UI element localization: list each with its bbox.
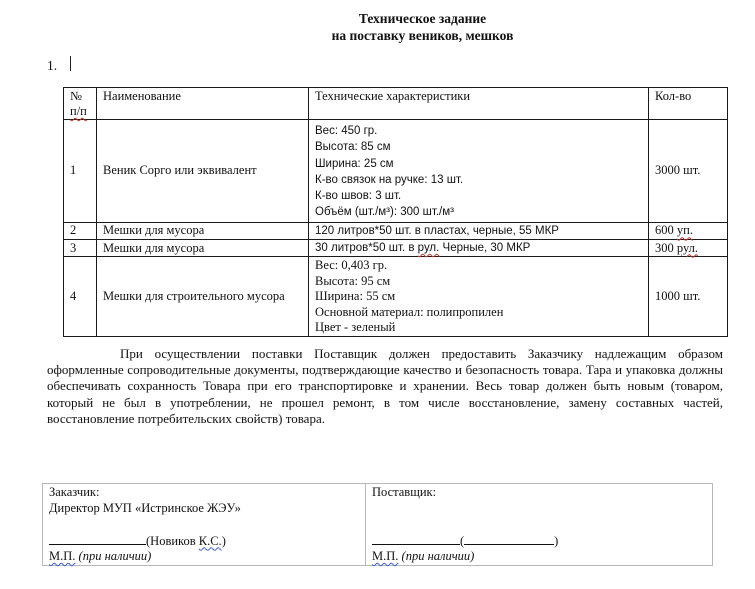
delivery-conditions-paragraph: При осуществлении поставки Поставщик дол… bbox=[47, 346, 723, 427]
customer-label: Заказчик: bbox=[49, 485, 360, 501]
document-title: Техническое задание на поставку веников,… bbox=[0, 10, 755, 44]
header-specs: Технические характеристики bbox=[309, 88, 649, 120]
spec-line: Цвет - зеленый bbox=[315, 320, 642, 335]
header-num: № п/п bbox=[64, 88, 97, 120]
row-specs: 30 литров*50 шт. в рул. Черные, 30 МКР bbox=[309, 240, 649, 257]
row-num: 4 bbox=[64, 257, 97, 337]
row-qty: 600 уп. bbox=[649, 222, 728, 239]
row-num: 2 bbox=[64, 222, 97, 239]
table-row: 4 Мешки для строительного мусора Вес: 0,… bbox=[64, 257, 728, 337]
stamp-label: М.П. bbox=[49, 549, 75, 563]
supplier-signature-block: Поставщик: () М.П. (при наличии) bbox=[366, 484, 713, 566]
row-qty: 300 рул. bbox=[649, 240, 728, 257]
spec-text-flagged: рул. bbox=[418, 242, 440, 254]
specification-table: № п/п Наименование Технические характери… bbox=[63, 87, 728, 337]
stamp-note: (при наличии) bbox=[402, 549, 475, 563]
customer-name-suffix: ) bbox=[222, 534, 226, 548]
supplier-label: Поставщик: bbox=[372, 485, 707, 501]
spec-text-after: Черные, 30 МКР bbox=[439, 242, 530, 254]
spec-line: Высота: 85 см bbox=[315, 139, 642, 155]
spec-line: Объём (шт./м³): 300 шт./м³ bbox=[315, 204, 642, 220]
table-row: 2 Мешки для мусора 120 литров*50 шт. в п… bbox=[64, 222, 728, 239]
row-num: 3 bbox=[64, 240, 97, 257]
stamp-label: М.П. bbox=[372, 549, 398, 563]
spec-line: Высота: 95 см bbox=[315, 274, 642, 289]
signature-table: Заказчик: Директор МУП «Истринское ЖЭУ» … bbox=[42, 483, 713, 566]
qty-unit: уп. bbox=[677, 223, 693, 237]
qty-number: 600 bbox=[655, 223, 674, 237]
row-name: Веник Сорго или эквивалент bbox=[97, 120, 309, 223]
row-name: Мешки для мусора bbox=[97, 222, 309, 239]
customer-signature-line: (Новиков К.С.) bbox=[49, 532, 360, 550]
customer-signature-block: Заказчик: Директор МУП «Истринское ЖЭУ» … bbox=[43, 484, 366, 566]
supplier-stamp: М.П. (при наличии) bbox=[372, 549, 707, 565]
spec-text-before: 30 литров*50 шт. в bbox=[315, 242, 418, 254]
customer-initials: К.С. bbox=[199, 534, 222, 548]
header-qty: Кол-во bbox=[649, 88, 728, 120]
table-row: 1 Веник Сорго или эквивалент Вес: 450 гр… bbox=[64, 120, 728, 223]
table-header-row: № п/п Наименование Технические характери… bbox=[64, 88, 728, 120]
table-row: 3 Мешки для мусора 30 литров*50 шт. в ру… bbox=[64, 240, 728, 257]
close-paren: ) bbox=[554, 534, 558, 548]
customer-stamp: М.П. (при наличии) bbox=[49, 549, 360, 565]
spec-line: К-во связок на ручке: 13 шт. bbox=[315, 172, 642, 188]
text-cursor bbox=[70, 56, 71, 71]
row-name: Мешки для мусора bbox=[97, 240, 309, 257]
customer-name-prefix: (Новиков bbox=[146, 534, 199, 548]
spacer bbox=[372, 501, 707, 532]
spacer bbox=[49, 516, 360, 532]
signature-blank[interactable] bbox=[49, 532, 146, 545]
spec-line: К-во швов: 3 шт. bbox=[315, 188, 642, 204]
header-num-line1: № bbox=[70, 89, 90, 104]
qty-unit: рул. bbox=[677, 241, 698, 255]
spec-line: Основной материал: полипропилен bbox=[315, 305, 642, 320]
supplier-signature-line: () bbox=[372, 532, 707, 550]
row-qty: 1000 шт. bbox=[649, 257, 728, 337]
name-blank[interactable] bbox=[464, 532, 554, 545]
spec-line: Вес: 450 гр. bbox=[315, 123, 642, 139]
spec-line: Ширина: 25 см bbox=[315, 156, 642, 172]
title-line-2: на поставку веников, мешков bbox=[90, 27, 755, 44]
qty-number: 300 bbox=[655, 241, 674, 255]
spec-line: Ширина: 55 см bbox=[315, 289, 642, 304]
list-marker: 1. bbox=[47, 58, 57, 74]
signature-row: Заказчик: Директор МУП «Истринское ЖЭУ» … bbox=[43, 484, 713, 566]
spec-line: Вес: 0,403 гр. bbox=[315, 258, 642, 273]
stamp-note: (при наличии) bbox=[79, 549, 152, 563]
row-name: Мешки для строительного мусора bbox=[97, 257, 309, 337]
title-line-1: Техническое задание bbox=[90, 10, 755, 27]
spec-line: 30 литров*50 шт. в рул. Черные, 30 МКР bbox=[315, 242, 530, 254]
header-name: Наименование bbox=[97, 88, 309, 120]
row-qty: 3000 шт. bbox=[649, 120, 728, 223]
header-num-line2: п/п bbox=[70, 104, 90, 119]
row-specs: 120 литров*50 шт. в пластах, черные, 55 … bbox=[309, 222, 649, 239]
signature-blank[interactable] bbox=[372, 532, 460, 545]
customer-position: Директор МУП «Истринское ЖЭУ» bbox=[49, 501, 360, 517]
row-num: 1 bbox=[64, 120, 97, 223]
row-specs: Вес: 450 гр. Высота: 85 см Ширина: 25 см… bbox=[309, 120, 649, 223]
row-specs: Вес: 0,403 гр. Высота: 95 см Ширина: 55 … bbox=[309, 257, 649, 337]
spec-line: 120 литров*50 шт. в пластах, черные, 55 … bbox=[315, 225, 559, 237]
